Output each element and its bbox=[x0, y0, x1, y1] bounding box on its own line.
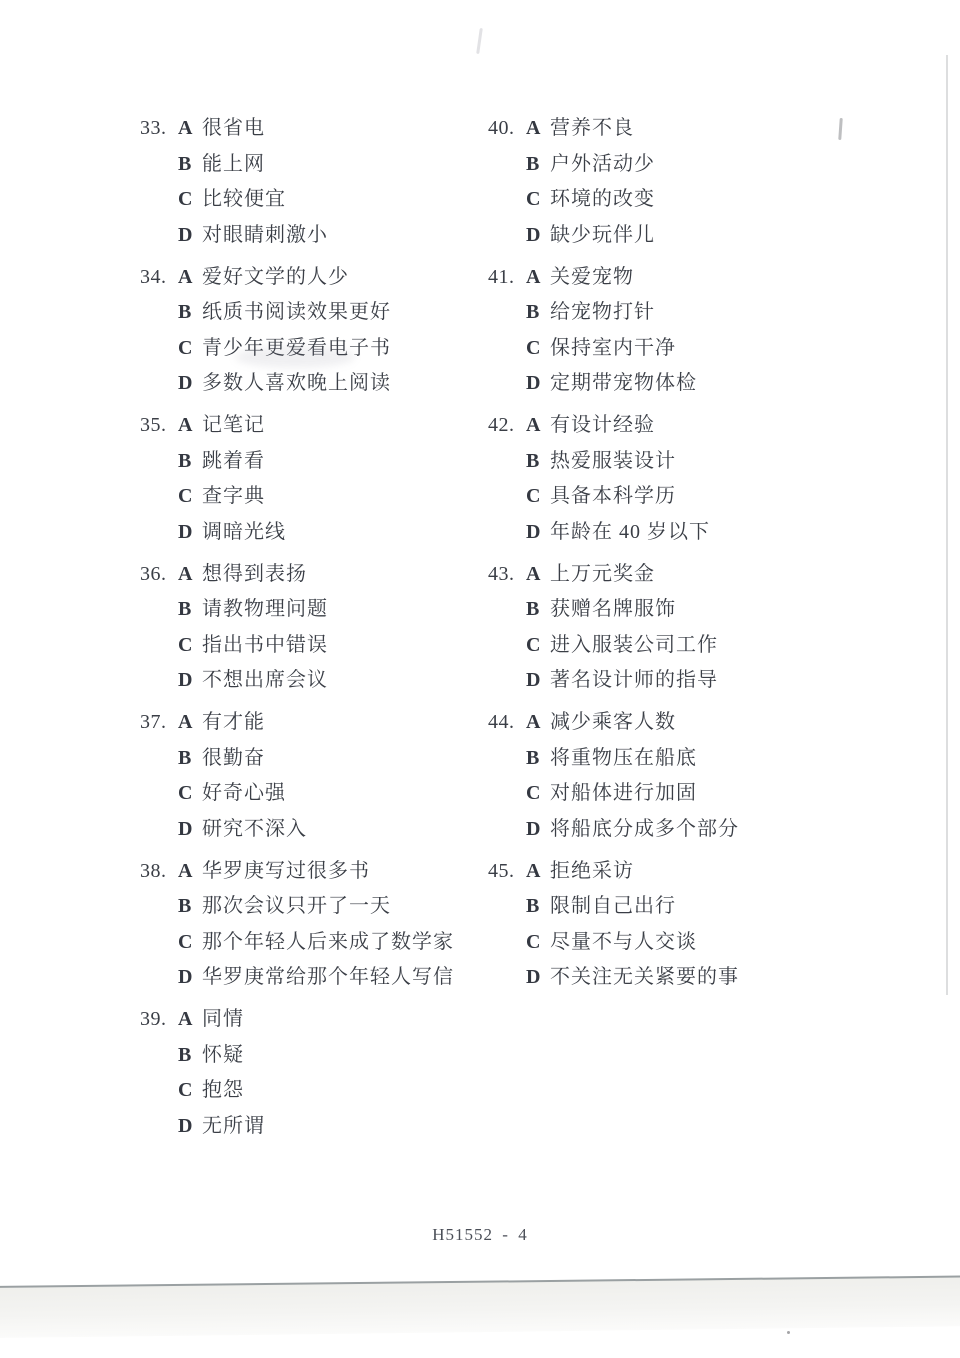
option-letter: C bbox=[526, 776, 550, 812]
answer-option: D多数人喜欢晚上阅读 bbox=[178, 366, 488, 402]
option-text: 请教物理问题 bbox=[202, 598, 328, 620]
option-letter: B bbox=[178, 741, 202, 777]
answer-option: B获赠名牌服饰 bbox=[526, 592, 908, 628]
option-letter: D bbox=[526, 515, 550, 551]
scanned-exam-page: 33. A很省电 B能上网 C比较便宜 D对眼睛刺激小 34. A爱好文学的人少… bbox=[0, 0, 960, 1358]
option-text: 环境的改变 bbox=[550, 188, 655, 210]
option-text: 获赠名牌服饰 bbox=[550, 598, 676, 620]
answer-option: A营养不良 bbox=[526, 111, 908, 147]
option-text: 无所谓 bbox=[202, 1115, 265, 1137]
option-letter: A bbox=[526, 557, 550, 593]
answer-option: A上万元奖金 bbox=[526, 557, 908, 593]
answer-option: D华罗庚常给那个年轻人写信 bbox=[178, 960, 488, 996]
answer-option: C进入服装公司工作 bbox=[526, 628, 908, 664]
option-letter: D bbox=[526, 663, 550, 699]
answer-option: D研究不深入 bbox=[178, 812, 488, 848]
answer-option: B怀疑 bbox=[178, 1038, 488, 1074]
answer-option: B给宠物打针 bbox=[526, 295, 908, 331]
scan-artifact-dot bbox=[787, 1331, 790, 1334]
questions-area: 33. A很省电 B能上网 C比较便宜 D对眼睛刺激小 34. A爱好文学的人少… bbox=[140, 111, 908, 1151]
option-text: 怀疑 bbox=[202, 1044, 244, 1066]
option-letter: A bbox=[178, 557, 202, 593]
answer-option: D对眼睛刺激小 bbox=[178, 218, 488, 254]
option-text: 抱怨 bbox=[202, 1079, 244, 1101]
answer-option: D不想出席会议 bbox=[178, 663, 488, 699]
option-letter: A bbox=[526, 854, 550, 890]
option-text: 户外活动少 bbox=[550, 153, 655, 175]
question-number: 40. bbox=[488, 111, 515, 147]
answer-option: C那个年轻人后来成了数学家 bbox=[178, 925, 488, 961]
question-40: 40. A营养不良 B户外活动少 C环境的改变 D缺少玩伴儿 bbox=[488, 111, 908, 253]
answer-option: B能上网 bbox=[178, 147, 488, 183]
option-text: 将船底分成多个部分 bbox=[550, 818, 739, 840]
option-text: 查字典 bbox=[202, 485, 265, 507]
answer-option: D缺少玩伴儿 bbox=[526, 218, 908, 254]
option-text: 有才能 bbox=[202, 711, 265, 733]
option-letter: B bbox=[526, 147, 550, 183]
scan-pencil-smudge bbox=[235, 346, 355, 368]
option-letter: B bbox=[178, 592, 202, 628]
option-letter: A bbox=[526, 408, 550, 444]
question-34: 34. A爱好文学的人少 B纸质书阅读效果更好 C青少年更爱看电子书 D多数人喜… bbox=[140, 260, 488, 402]
option-text: 缺少玩伴儿 bbox=[550, 224, 655, 246]
answer-option: D著名设计师的指导 bbox=[526, 663, 908, 699]
option-letter: B bbox=[526, 592, 550, 628]
option-text: 将重物压在船底 bbox=[550, 747, 697, 769]
option-letter: C bbox=[178, 479, 202, 515]
answer-option: D无所谓 bbox=[178, 1109, 488, 1145]
answer-option: C指出书中错误 bbox=[178, 628, 488, 664]
question-33: 33. A很省电 B能上网 C比较便宜 D对眼睛刺激小 bbox=[140, 111, 488, 253]
option-letter: D bbox=[178, 812, 202, 848]
question-number: 36. bbox=[140, 557, 167, 593]
question-45: 45. A拒绝采访 B限制自己出行 C尽量不与人交谈 D不关注无关紧要的事 bbox=[488, 854, 908, 996]
question-38: 38. A华罗庚写过很多书 B那次会议只开了一天 C那个年轻人后来成了数学家 D… bbox=[140, 854, 488, 996]
answer-option: B将重物压在船底 bbox=[526, 741, 908, 777]
answer-option: A拒绝采访 bbox=[526, 854, 908, 890]
answer-option: A很省电 bbox=[178, 111, 488, 147]
option-letter: C bbox=[526, 628, 550, 664]
option-letter: D bbox=[178, 1109, 202, 1145]
option-letter: C bbox=[178, 182, 202, 218]
option-letter: C bbox=[178, 331, 202, 367]
option-text: 年龄在 40 岁以下 bbox=[550, 521, 710, 543]
answer-option: A华罗庚写过很多书 bbox=[178, 854, 488, 890]
option-text: 想得到表扬 bbox=[202, 563, 307, 585]
answer-option: B纸质书阅读效果更好 bbox=[178, 295, 488, 331]
option-text: 对眼睛刺激小 bbox=[202, 224, 328, 246]
answer-option: D将船底分成多个部分 bbox=[526, 812, 908, 848]
question-41: 41. A关爱宠物 B给宠物打针 C保持室内干净 D定期带宠物体检 bbox=[488, 260, 908, 402]
option-letter: D bbox=[526, 366, 550, 402]
option-text: 那次会议只开了一天 bbox=[202, 895, 391, 917]
option-text: 给宠物打针 bbox=[550, 301, 655, 323]
answer-option: B很勤奋 bbox=[178, 741, 488, 777]
option-text: 比较便宜 bbox=[202, 188, 286, 210]
option-text: 好奇心强 bbox=[202, 782, 286, 804]
option-letter: D bbox=[178, 515, 202, 551]
option-text: 多数人喜欢晚上阅读 bbox=[202, 372, 391, 394]
answer-option: B限制自己出行 bbox=[526, 889, 908, 925]
option-text: 华罗庚常给那个年轻人写信 bbox=[202, 966, 454, 988]
answer-option: B跳着看 bbox=[178, 444, 488, 480]
question-column-left: 33. A很省电 B能上网 C比较便宜 D对眼睛刺激小 34. A爱好文学的人少… bbox=[140, 111, 488, 1151]
answer-option: A想得到表扬 bbox=[178, 557, 488, 593]
answer-option: C具备本科学历 bbox=[526, 479, 908, 515]
option-text: 著名设计师的指导 bbox=[550, 669, 718, 691]
answer-option: C保持室内干净 bbox=[526, 331, 908, 367]
answer-option: A同情 bbox=[178, 1002, 488, 1038]
option-text: 保持室内干净 bbox=[550, 337, 676, 359]
answer-option: C抱怨 bbox=[178, 1073, 488, 1109]
option-text: 尽量不与人交谈 bbox=[550, 931, 697, 953]
option-letter: C bbox=[526, 331, 550, 367]
answer-option: A爱好文学的人少 bbox=[178, 260, 488, 296]
option-letter: A bbox=[178, 111, 202, 147]
option-text: 限制自己出行 bbox=[550, 895, 676, 917]
option-text: 定期带宠物体检 bbox=[550, 372, 697, 394]
option-letter: B bbox=[526, 444, 550, 480]
option-letter: A bbox=[526, 111, 550, 147]
option-text: 很勤奋 bbox=[202, 747, 265, 769]
option-letter: B bbox=[526, 295, 550, 331]
scan-artifact-streak bbox=[476, 28, 483, 54]
option-letter: A bbox=[178, 1002, 202, 1038]
question-43: 43. A上万元奖金 B获赠名牌服饰 C进入服装公司工作 D著名设计师的指导 bbox=[488, 557, 908, 699]
option-letter: C bbox=[178, 925, 202, 961]
answer-option: B请教物理问题 bbox=[178, 592, 488, 628]
option-letter: D bbox=[526, 218, 550, 254]
option-text: 很省电 bbox=[202, 117, 265, 139]
option-text: 进入服装公司工作 bbox=[550, 634, 718, 656]
option-text: 研究不深入 bbox=[202, 818, 307, 840]
option-letter: C bbox=[178, 1073, 202, 1109]
page-code: H51552 - 4 bbox=[0, 1225, 960, 1245]
scan-right-edge-line bbox=[946, 55, 948, 995]
option-letter: D bbox=[178, 366, 202, 402]
question-number: 35. bbox=[140, 408, 167, 444]
option-text: 不想出席会议 bbox=[202, 669, 328, 691]
option-text: 上万元奖金 bbox=[550, 563, 655, 585]
question-37: 37. A有才能 B很勤奋 C好奇心强 D研究不深入 bbox=[140, 705, 488, 847]
question-42: 42. A有设计经验 B热爱服装设计 C具备本科学历 D年龄在 40 岁以下 bbox=[488, 408, 908, 550]
option-text: 纸质书阅读效果更好 bbox=[202, 301, 391, 323]
answer-option: A有才能 bbox=[178, 705, 488, 741]
option-letter: D bbox=[526, 960, 550, 996]
option-letter: B bbox=[178, 1038, 202, 1074]
option-text: 指出书中错误 bbox=[202, 634, 328, 656]
answer-option: C比较便宜 bbox=[178, 182, 488, 218]
option-text: 拒绝采访 bbox=[550, 860, 634, 882]
option-letter: A bbox=[178, 854, 202, 890]
option-letter: B bbox=[526, 889, 550, 925]
option-letter: B bbox=[178, 889, 202, 925]
question-number: 39. bbox=[140, 1002, 167, 1038]
option-text: 能上网 bbox=[202, 153, 265, 175]
option-text: 关爱宠物 bbox=[550, 266, 634, 288]
question-number: 38. bbox=[140, 854, 167, 890]
answer-option: D不关注无关紧要的事 bbox=[526, 960, 908, 996]
question-36: 36. A想得到表扬 B请教物理问题 C指出书中错误 D不想出席会议 bbox=[140, 557, 488, 699]
option-text: 具备本科学历 bbox=[550, 485, 676, 507]
option-text: 热爱服装设计 bbox=[550, 450, 676, 472]
option-letter: C bbox=[526, 479, 550, 515]
question-column-right: 40. A营养不良 B户外活动少 C环境的改变 D缺少玩伴儿 41. A关爱宠物… bbox=[488, 111, 908, 1151]
option-letter: C bbox=[526, 182, 550, 218]
question-number: 37. bbox=[140, 705, 167, 741]
question-number: 45. bbox=[488, 854, 515, 890]
answer-option: A关爱宠物 bbox=[526, 260, 908, 296]
option-letter: A bbox=[526, 260, 550, 296]
answer-option: D调暗光线 bbox=[178, 515, 488, 551]
option-text: 华罗庚写过很多书 bbox=[202, 860, 370, 882]
option-letter: D bbox=[178, 218, 202, 254]
option-letter: D bbox=[178, 663, 202, 699]
option-letter: A bbox=[178, 705, 202, 741]
option-text: 那个年轻人后来成了数学家 bbox=[202, 931, 454, 953]
option-letter: A bbox=[178, 260, 202, 296]
question-number: 33. bbox=[140, 111, 167, 147]
option-text: 不关注无关紧要的事 bbox=[550, 966, 739, 988]
answer-option: C好奇心强 bbox=[178, 776, 488, 812]
answer-option: C环境的改变 bbox=[526, 182, 908, 218]
question-number: 42. bbox=[488, 408, 515, 444]
option-letter: A bbox=[178, 408, 202, 444]
option-text: 减少乘客人数 bbox=[550, 711, 676, 733]
option-text: 同情 bbox=[202, 1008, 244, 1030]
option-text: 记笔记 bbox=[202, 414, 265, 436]
question-35: 35. A记笔记 B跳着看 C查字典 D调暗光线 bbox=[140, 408, 488, 550]
option-letter: B bbox=[178, 444, 202, 480]
option-letter: B bbox=[178, 147, 202, 183]
question-number: 41. bbox=[488, 260, 515, 296]
option-letter: C bbox=[178, 628, 202, 664]
answer-option: B热爱服装设计 bbox=[526, 444, 908, 480]
question-39: 39. A同情 B怀疑 C抱怨 D无所谓 bbox=[140, 1002, 488, 1144]
option-letter: C bbox=[178, 776, 202, 812]
option-text: 营养不良 bbox=[550, 117, 634, 139]
option-letter: C bbox=[526, 925, 550, 961]
answer-option: C查字典 bbox=[178, 479, 488, 515]
question-44: 44. A减少乘客人数 B将重物压在船底 C对船体进行加固 D将船底分成多个部分 bbox=[488, 705, 908, 847]
option-letter: D bbox=[526, 812, 550, 848]
answer-option: B户外活动少 bbox=[526, 147, 908, 183]
answer-option: C对船体进行加固 bbox=[526, 776, 908, 812]
answer-option: D年龄在 40 岁以下 bbox=[526, 515, 908, 551]
option-text: 对船体进行加固 bbox=[550, 782, 697, 804]
option-letter: A bbox=[526, 705, 550, 741]
option-letter: B bbox=[526, 741, 550, 777]
question-number: 43. bbox=[488, 557, 515, 593]
answer-option: D定期带宠物体检 bbox=[526, 366, 908, 402]
answer-option: C尽量不与人交谈 bbox=[526, 925, 908, 961]
answer-option: B那次会议只开了一天 bbox=[178, 889, 488, 925]
option-text: 爱好文学的人少 bbox=[202, 266, 349, 288]
option-text: 跳着看 bbox=[202, 450, 265, 472]
option-letter: D bbox=[178, 960, 202, 996]
option-text: 有设计经验 bbox=[550, 414, 655, 436]
question-number: 44. bbox=[488, 705, 515, 741]
option-text: 调暗光线 bbox=[202, 521, 286, 543]
answer-option: A记笔记 bbox=[178, 408, 488, 444]
option-letter: B bbox=[178, 295, 202, 331]
answer-option: A减少乘客人数 bbox=[526, 705, 908, 741]
answer-option: A有设计经验 bbox=[526, 408, 908, 444]
question-number: 34. bbox=[140, 260, 167, 296]
